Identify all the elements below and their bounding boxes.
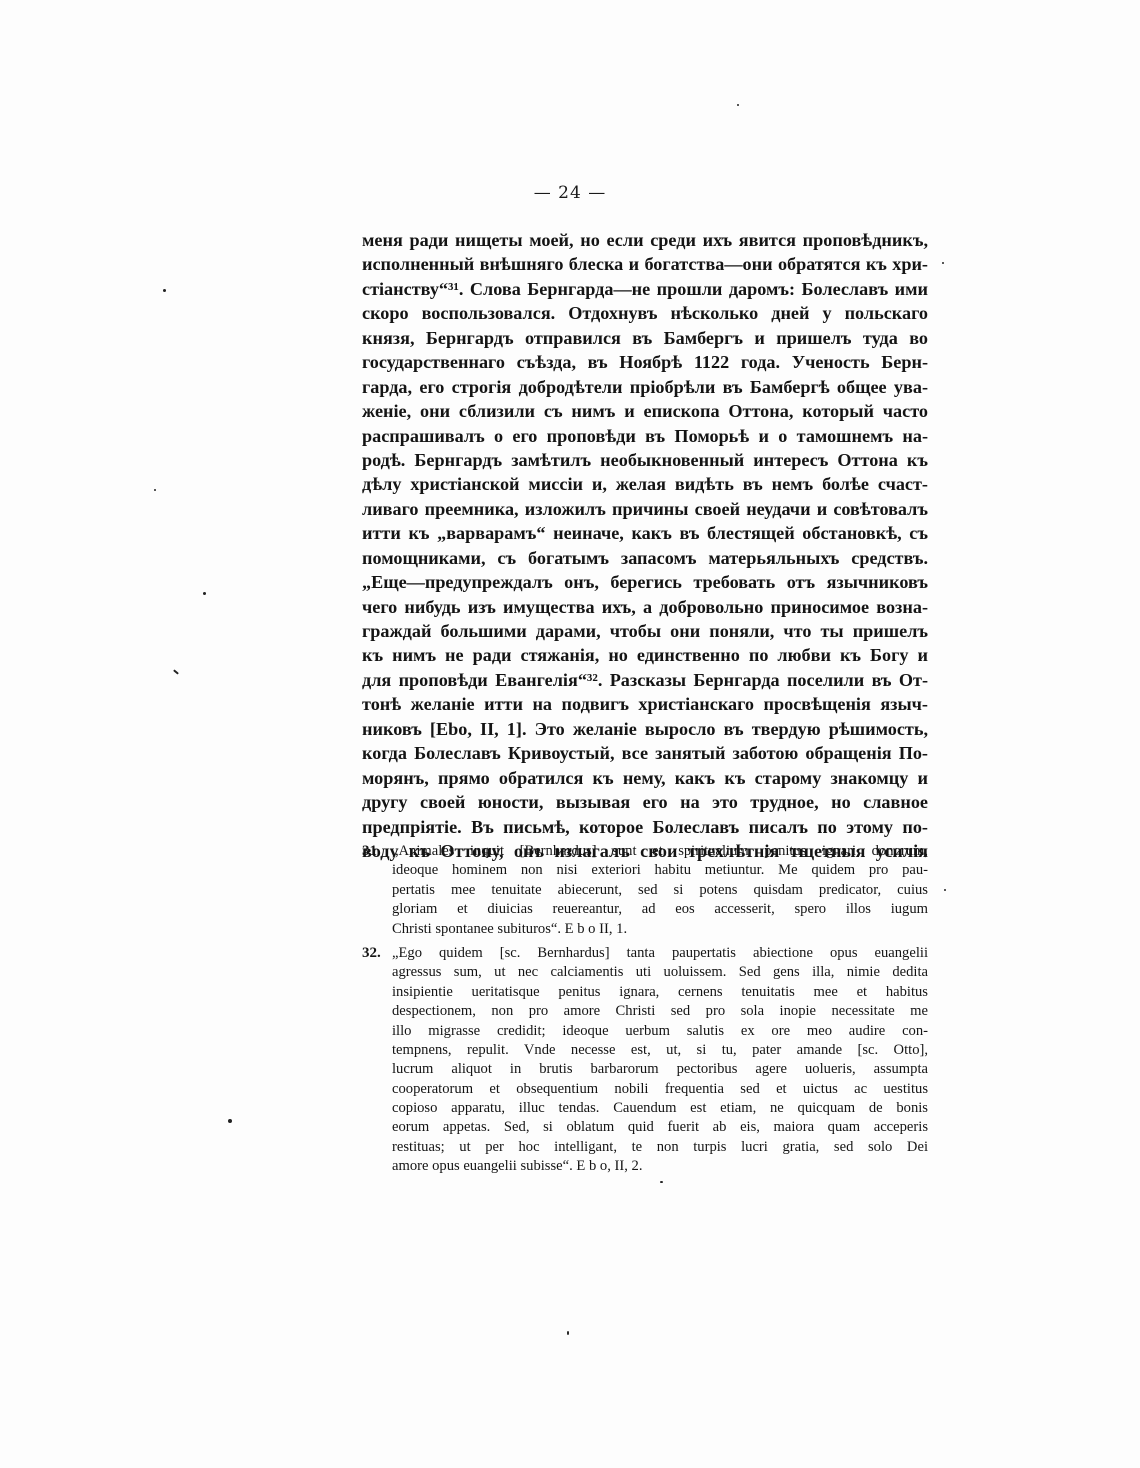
scan-speck <box>944 889 946 891</box>
footnote-line: pertatis mee tenuitate abiecerunt, sed s… <box>392 881 928 900</box>
scan-speck <box>203 592 206 595</box>
scan-speck <box>163 289 166 292</box>
scan-speck <box>737 104 739 106</box>
text-line: никовъ [Ebo, II, 1]. Это желаніе выросло… <box>362 717 928 741</box>
footnotes: 31. „Animales inquit [Bernhardus] sunt e… <box>362 842 928 1182</box>
footnote-line: amore opus euangelii subisse“. E b o, II… <box>392 1157 928 1176</box>
footnote-31: 31. „Animales inquit [Bernhardus] sunt e… <box>362 842 928 939</box>
scan-speck <box>154 489 156 491</box>
footnote-line: lucrum aliquot in brutis barbarorum pect… <box>392 1060 928 1079</box>
scanned-page: — 24 — меня ради нищеты моей, но если ср… <box>0 0 1140 1468</box>
footnote-line: restituas; ut per hoc intelligant, te no… <box>392 1138 928 1157</box>
text-line: дѣлу христіанской миссіи и, желая видѣть… <box>362 472 928 496</box>
text-line: государственнаго съѣзда, въ Ноябрѣ 1122 … <box>362 350 928 374</box>
scan-speck <box>660 1181 663 1183</box>
text-line: скоро воспользовался. Отдохнувъ нѣскольк… <box>362 301 928 325</box>
scan-speck <box>173 669 179 674</box>
text-line: морянъ, прямо обратился къ нему, какъ къ… <box>362 766 928 790</box>
text-line: къ нимъ не ради стяжанія, но единственно… <box>362 643 928 667</box>
footnote-line: tempnens, repulit. Vnde necesse est, ut,… <box>392 1041 928 1060</box>
footnote-line: gloriam et diuicias reuereantur, ad eos … <box>392 900 928 919</box>
footnote-line: copioso apparatu, illuc tendas. Cauendum… <box>392 1099 928 1118</box>
footnote-line: eorum appetas. Sed, si oblatum quid fuer… <box>392 1118 928 1137</box>
text-line: исполненный внѣшняго блеска и богатства—… <box>362 252 928 276</box>
text-line: граждай большими дарами, чтобы они понял… <box>362 619 928 643</box>
text-line: распрашивалъ о его проповѣди въ Поморьѣ … <box>362 424 928 448</box>
page-number: — 24 — <box>0 183 1140 203</box>
footnote-line: despectionem, non pro amore Christi sed … <box>392 1002 928 1021</box>
text-line: меня ради нищеты моей, но если среди ихъ… <box>362 228 928 252</box>
footnote-line: insipientie ueritatisque penitus ignara,… <box>392 983 928 1002</box>
text-line: стіанству“³¹. Слова Бернгарда—не прошли … <box>362 277 928 301</box>
footnote-line: „Ego quidem [sc. Bernhardus] tanta paupe… <box>392 944 928 963</box>
footnote-number: 31. <box>362 842 381 861</box>
text-line: тонѣ желаніе итти на подвигъ христіанска… <box>362 692 928 716</box>
text-line: когда Болеславъ Кривоустый, все занятый … <box>362 741 928 765</box>
text-line: ливаго преемника, изложилъ причины своей… <box>362 497 928 521</box>
footnote-body: „Ego quidem [sc. Bernhardus] tanta paupe… <box>392 944 928 1177</box>
footnote-body: „Animales inquit [Bernhardus] sunt et sp… <box>392 842 928 939</box>
text-line: для проповѣди Евангелія“³². Разсказы Бер… <box>362 668 928 692</box>
footnote-line: cooperatorum et obsequentium nobili freq… <box>392 1080 928 1099</box>
footnote-line: „Animales inquit [Bernhardus] sunt et sp… <box>392 842 928 861</box>
text-line: „Еще—предупреждалъ онъ, берегись требова… <box>362 570 928 594</box>
footnote-line: illo migrasse credidit; ideoque uerbum s… <box>392 1022 928 1041</box>
footnote-line: ideoque hominem non nisi exteriori habit… <box>392 861 928 880</box>
footnote-line: agressus sum, ut nec calciamentis uti uo… <box>392 963 928 982</box>
scan-speck <box>228 1119 232 1123</box>
text-line: родѣ. Бернгардъ замѣтилъ необыкновенный … <box>362 448 928 472</box>
main-text-block: меня ради нищеты моей, но если среди ихъ… <box>362 228 928 863</box>
text-line: другу своей юности, вызывая его на это т… <box>362 790 928 814</box>
text-line: итти къ „варварамъ“ неиначе, какъ въ бле… <box>362 521 928 545</box>
footnote-line: Christi spontanee subituros“. E b o II, … <box>392 920 928 939</box>
scan-speck <box>567 1331 569 1335</box>
footnote-32: 32. „Ego quidem [sc. Bernhardus] tanta p… <box>362 944 928 1177</box>
text-line: помощниками, съ богатымъ запасомъ матерь… <box>362 546 928 570</box>
scan-speck <box>942 262 944 264</box>
text-line: гарда, его строгія добродѣтели пріобрѣли… <box>362 375 928 399</box>
text-line: чего нибудь изъ имущества ихъ, а доброво… <box>362 595 928 619</box>
text-line: предпріятіе. Въ письмѣ, которое Болеслав… <box>362 815 928 839</box>
text-line: женіе, они сблизили съ нимъ и епископа О… <box>362 399 928 423</box>
text-line: князя, Бернгардъ отправился въ Бамбергъ … <box>362 326 928 350</box>
footnote-number: 32. <box>362 944 381 963</box>
